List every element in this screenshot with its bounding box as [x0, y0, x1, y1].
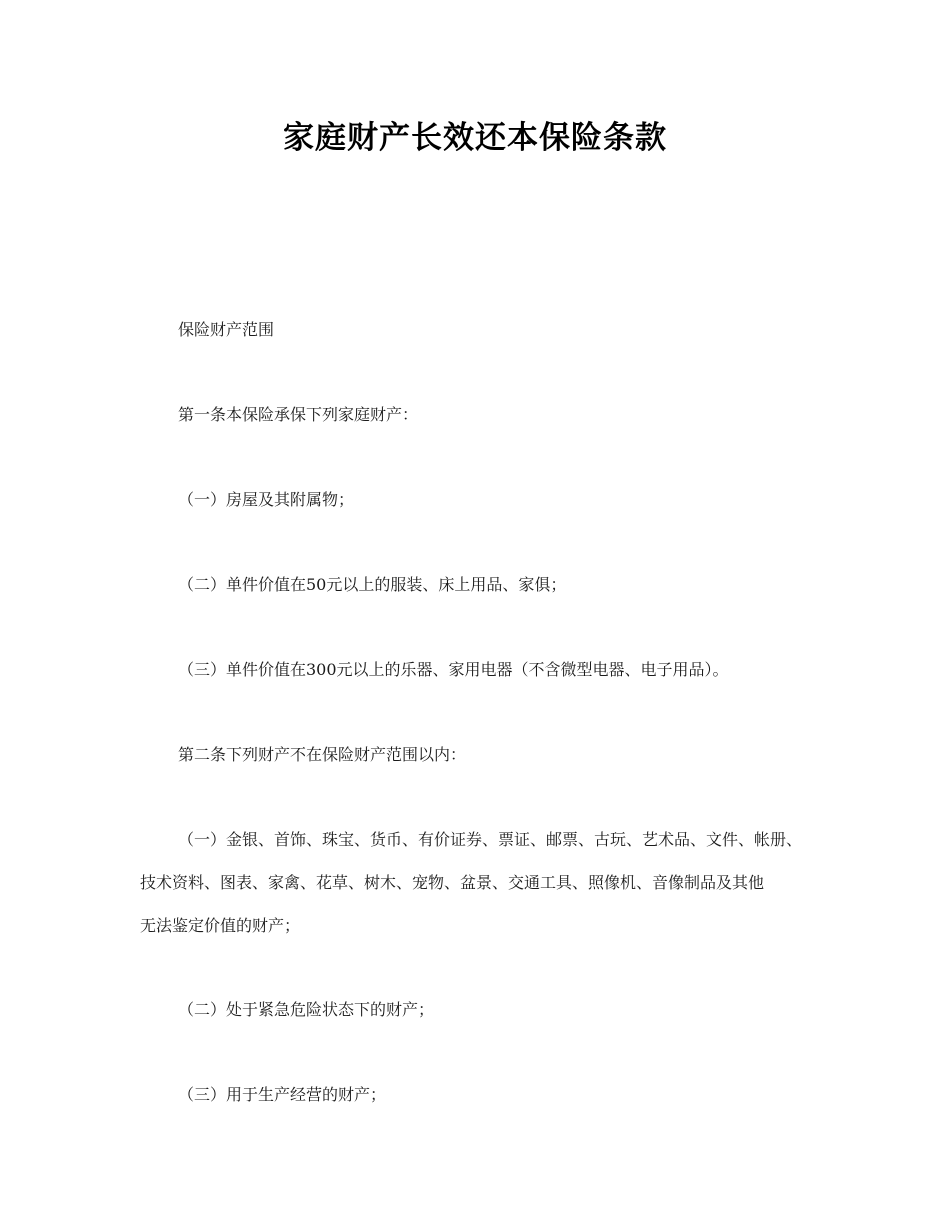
article-2-item-2: （二）处于紧急危险状态下的财产；: [178, 1000, 434, 1020]
article-2-text: 第二条下列财产不在保险财产范围以内：: [178, 745, 466, 765]
article-2-item-1-line-1: （一）金银、首饰、珠宝、货币、有价证券、票证、邮票、古玩、艺术品、文件、帐册、: [178, 830, 802, 850]
document-title: 家庭财产长效还本保险条款: [0, 112, 950, 157]
article-2-item-1-line-3: 无法鉴定价值的财产；: [140, 916, 300, 936]
article-1-item-1: （一）房屋及其附属物；: [178, 490, 354, 510]
document-page: 家庭财产长效还本保险条款 保险财产范围 第一条本保险承保下列家庭财产： （一）房…: [0, 0, 950, 1230]
article-1-item-3: （三）单件价值在300元以上的乐器、家用电器（不含微型电器、电子用品）。: [178, 660, 729, 680]
section-heading: 保险财产范围: [178, 320, 274, 340]
article-1-item-2: （二）单件价值在50元以上的服装、床上用品、家俱；: [178, 575, 566, 595]
article-2-item-3: （三）用于生产经营的财产；: [178, 1085, 386, 1105]
article-2-item-1-line-2: 技术资料、图表、家禽、花草、树木、宠物、盆景、交通工具、照像机、音像制品及其他: [140, 873, 764, 893]
article-1-text: 第一条本保险承保下列家庭财产：: [178, 405, 418, 425]
